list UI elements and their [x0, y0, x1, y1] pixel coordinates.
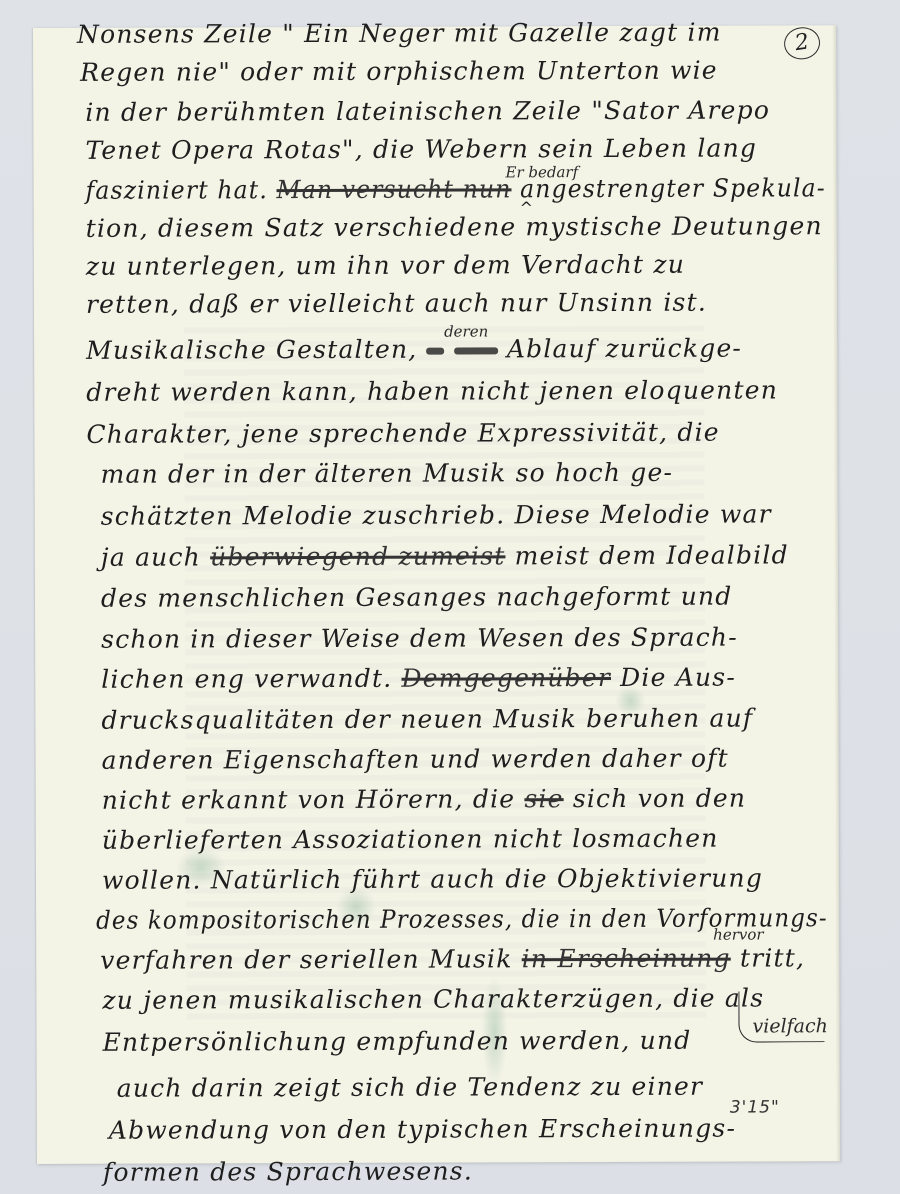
- text-line: Tenet Opera Rotas", die Webern sein Lebe…: [85, 133, 757, 164]
- manuscript-page: 2 Nonsens Zeile " Ein Neger mit Gazelle …: [33, 25, 840, 1164]
- text-line: in der berühmten lateinischen Zeile "Sat…: [85, 95, 770, 126]
- text-line: Musikalische Gestalten, Ablauf zurückge-: [86, 334, 742, 365]
- struck-text: überwiegend zumeist: [210, 541, 505, 571]
- text-line: auch darin zeigt sich die Tendenz zu ein…: [117, 1072, 704, 1103]
- scribbled-out-word: [427, 348, 445, 355]
- text-line: ja auch überwiegend zumeist meist dem Id…: [101, 540, 789, 571]
- text-line: Charakter, jene sprechende Expressivität…: [86, 418, 719, 449]
- scribbled-out-word: [454, 347, 498, 354]
- text-line: tion, diesem Satz verschiedene mystische…: [86, 211, 823, 243]
- text-line: zu unterlegen, um ihn vor dem Verdacht z…: [86, 250, 685, 281]
- struck-text: Man versucht nun: [276, 174, 511, 204]
- line-segment: lichen eng verwandt.: [101, 664, 392, 694]
- text-line: schon in dieser Weise dem Wesen des Spra…: [101, 623, 738, 654]
- text-line: dreht werden kann, haben nicht jenen elo…: [86, 375, 778, 406]
- text-line: schätzten Melodie zuschrieb. Diese Melod…: [101, 499, 772, 530]
- text-line: Entpersönlichung empfunden werden, und: [102, 1026, 691, 1057]
- text-line: lichen eng verwandt. Demgegenüber Die Au…: [101, 663, 736, 694]
- text-line: drucksqualitäten der neuen Musik beruhen…: [101, 703, 753, 734]
- struck-text: in Erscheinung: [522, 944, 731, 974]
- text-line: zu jenen musikalischen Charakterzügen, d…: [102, 983, 764, 1014]
- line-segment: tritt,: [740, 943, 805, 972]
- text-line: Regen nie" oder mit orphischem Unterton …: [80, 56, 718, 87]
- text-line: überlieferten Assoziationen nicht losmac…: [102, 824, 719, 855]
- line-segment: sich von den: [573, 784, 747, 814]
- text-line: man der in der älteren Musik so hoch ge-: [101, 458, 674, 489]
- text-line: anderen Eigenschaften und werden daher o…: [102, 744, 729, 775]
- line-segment: Musikalische Gestalten,: [86, 335, 417, 365]
- line-segment: meist dem Idealbild: [515, 540, 789, 570]
- text-line: retten, daß er vielleicht auch nur Unsin…: [86, 288, 707, 319]
- text-line: Abwendung von den typischen Erscheinungs…: [109, 1114, 736, 1145]
- line-segment: verfahren der seriellen Musik: [100, 944, 512, 974]
- circled-page-number: 2: [782, 25, 822, 62]
- inserted-text: hervor: [713, 925, 763, 943]
- struck-text: Demgegenüber: [401, 663, 611, 693]
- line-segment: Ablauf zurückge-: [507, 334, 742, 364]
- line-segment: nicht erkannt von Hörern, die: [102, 784, 516, 814]
- insertion-loop: [738, 991, 824, 1042]
- inserted-text: Er bedarf: [505, 163, 578, 181]
- text-line: nicht erkannt von Hörern, die sie sich v…: [102, 784, 747, 815]
- text-line: verfahren der seriellen Musik in Erschei…: [100, 943, 805, 974]
- inserted-text: deren: [444, 322, 488, 340]
- line-segment: ja auch: [101, 542, 201, 571]
- duration-note: 3'15": [730, 1097, 780, 1117]
- text-line: formen des Sprachwesens.: [103, 1156, 473, 1186]
- line-segment: Die Aus-: [620, 663, 736, 692]
- manuscript-text: Nonsens Zeile " Ein Neger mit Gazelle za…: [85, 25, 825, 28]
- text-line: des menschlichen Gesanges nachgeformt un…: [101, 582, 733, 613]
- struck-text: sie: [524, 784, 563, 813]
- text-line: Nonsens Zeile " Ein Neger mit Gazelle za…: [77, 18, 722, 49]
- text-line: fasziniert hat. Man versucht nun angestr…: [86, 173, 826, 205]
- line-segment: fasziniert hat.: [86, 175, 268, 205]
- text-line: wollen. Natürlich führt auch die Objekti…: [102, 863, 763, 894]
